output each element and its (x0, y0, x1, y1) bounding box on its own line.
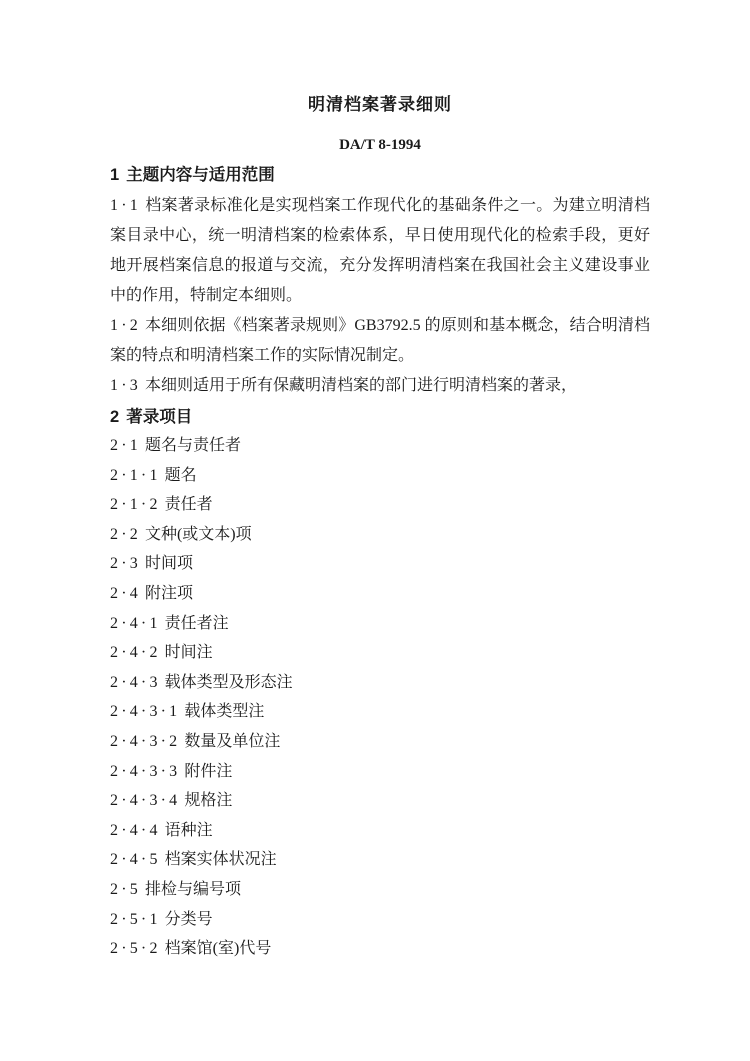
list-item-2-4-3-2-number: 2·4·3·2 (110, 733, 180, 750)
list-item-2-5-1-label: 分类号 (165, 911, 213, 928)
list-item-2-4-2-label: 时间注 (165, 644, 213, 661)
list-item-2-4-3-3-label: 附件注 (184, 763, 232, 780)
list-item-2-1-label: 题名与责任者 (145, 437, 241, 454)
list-item-2-4-3: 2·4·3载体类型及形态注 (110, 668, 650, 698)
list-item-2-4-3-1: 2·4·3·1载体类型注 (110, 697, 650, 727)
document-page: 明清档案著录细则 DA/T 8-1994 1主题内容与适用范围 1·1档案著录标… (0, 0, 750, 1061)
standard-number: DA/T 8-1994 (110, 135, 650, 155)
list-item-2-2-number: 2·2 (110, 526, 141, 543)
list-item-2-4-4: 2·4·4语种注 (110, 816, 650, 846)
paragraph-1-2: 1·2本细则依据《档案著录规则》GB3792.5 的原则和基本概念，结合明清档案… (110, 311, 650, 371)
section-1-heading: 1主题内容与适用范围 (110, 163, 650, 187)
list-item-2-4-3-3-number: 2·4·3·3 (110, 763, 180, 780)
list-item-2-3-label: 时间项 (145, 555, 193, 572)
list-item-2-4-2: 2·4·2时间注 (110, 638, 650, 668)
list-item-2-4-number: 2·4 (110, 585, 141, 602)
list-item-2-5-2-number: 2·5·2 (110, 940, 161, 957)
list-item-2-4-4-number: 2·4·4 (110, 822, 161, 839)
list-item-2-4-2-number: 2·4·2 (110, 644, 161, 661)
list-item-2-4-4-label: 语种注 (165, 822, 213, 839)
document-title: 明清档案著录细则 (110, 94, 650, 116)
list-item-2-4-3-4: 2·4·3·4规格注 (110, 786, 650, 816)
paragraph-1-1: 1·1档案著录标准化是实现档案工作现代化的基础条件之一。为建立明清档案目录中心，… (110, 191, 650, 311)
list-item-2-4-1-number: 2·4·1 (110, 615, 161, 632)
list-item-2-4-5: 2·4·5档案实体状况注 (110, 845, 650, 875)
list-item-2-5-2-label: 档案馆(室)代号 (165, 940, 272, 957)
section-2-heading: 2著录项目 (110, 403, 650, 431)
catalog-item-list: 2·1题名与责任者 2·1·1题名 2·1·2责任者 2·2文种(或文本)项 2… (110, 431, 650, 964)
section-2-number: 2 (110, 408, 119, 426)
paragraph-1-1-text: 档案著录标准化是实现档案工作现代化的基础条件之一。为建立明清档案目录中心，统一明… (110, 197, 650, 304)
list-item-2-4-3-2: 2·4·3·2数量及单位注 (110, 727, 650, 757)
list-item-2-5-2: 2·5·2档案馆(室)代号 (110, 934, 650, 964)
list-item-2-4-3-label: 载体类型及形态注 (165, 674, 293, 691)
list-item-2-4-3-1-number: 2·4·3·1 (110, 703, 180, 720)
list-item-2-1-2-label: 责任者 (165, 496, 213, 513)
list-item-2-1-2: 2·1·2责任者 (110, 490, 650, 520)
section-1-heading-text: 主题内容与适用范围 (126, 166, 275, 184)
list-item-2-3-number: 2·3 (110, 555, 141, 572)
list-item-2-3: 2·3时间项 (110, 549, 650, 579)
list-item-2-4-label: 附注项 (145, 585, 193, 602)
list-item-2-1-1-label: 题名 (165, 467, 197, 484)
list-item-2-5: 2·5排检与编号项 (110, 875, 650, 905)
document-content: 明清档案著录细则 DA/T 8-1994 1主题内容与适用范围 1·1档案著录标… (110, 0, 650, 964)
list-item-2-5-label: 排检与编号项 (145, 881, 241, 898)
list-item-2-4-5-number: 2·4·5 (110, 851, 161, 868)
paragraph-1-2-number: 1·2 (110, 317, 141, 334)
list-item-2-4-1: 2·4·1责任者注 (110, 609, 650, 639)
list-item-2-4-3-1-label: 载体类型注 (184, 703, 264, 720)
list-item-2-5-1-number: 2·5·1 (110, 911, 161, 928)
section-1-number: 1 (110, 166, 119, 184)
list-item-2-4-3-3: 2·4·3·3附件注 (110, 757, 650, 787)
list-item-2-4-3-2-label: 数量及单位注 (184, 733, 280, 750)
list-item-2-1-1-number: 2·1·1 (110, 467, 161, 484)
paragraph-1-3: 1·3本细则适用于所有保藏明清档案的部门进行明清档案的著录， (110, 371, 650, 401)
list-item-2-4-3-number: 2·4·3 (110, 674, 161, 691)
list-item-2-1-2-number: 2·1·2 (110, 496, 161, 513)
list-item-2-2: 2·2文种(或文本)项 (110, 520, 650, 550)
paragraph-1-3-text: 本细则适用于所有保藏明清档案的部门进行明清档案的著录， (145, 377, 577, 394)
list-item-2-4-3-4-label: 规格注 (184, 792, 232, 809)
list-item-2-1: 2·1题名与责任者 (110, 431, 650, 461)
list-item-2-5-1: 2·5·1分类号 (110, 905, 650, 935)
paragraph-1-2-text: 本细则依据《档案著录规则》GB3792.5 的原则和基本概念，结合明清档案的特点… (110, 317, 650, 364)
section-2-heading-text: 著录项目 (126, 408, 192, 426)
paragraph-1-3-number: 1·3 (110, 377, 141, 394)
list-item-2-2-label: 文种(或文本)项 (145, 526, 252, 543)
list-item-2-4: 2·4附注项 (110, 579, 650, 609)
list-item-2-1-number: 2·1 (110, 437, 141, 454)
list-item-2-4-1-label: 责任者注 (165, 615, 229, 632)
list-item-2-4-3-4-number: 2·4·3·4 (110, 792, 180, 809)
list-item-2-1-1: 2·1·1题名 (110, 461, 650, 491)
list-item-2-5-number: 2·5 (110, 881, 141, 898)
paragraph-1-1-number: 1·1 (110, 197, 141, 214)
list-item-2-4-5-label: 档案实体状况注 (165, 851, 277, 868)
